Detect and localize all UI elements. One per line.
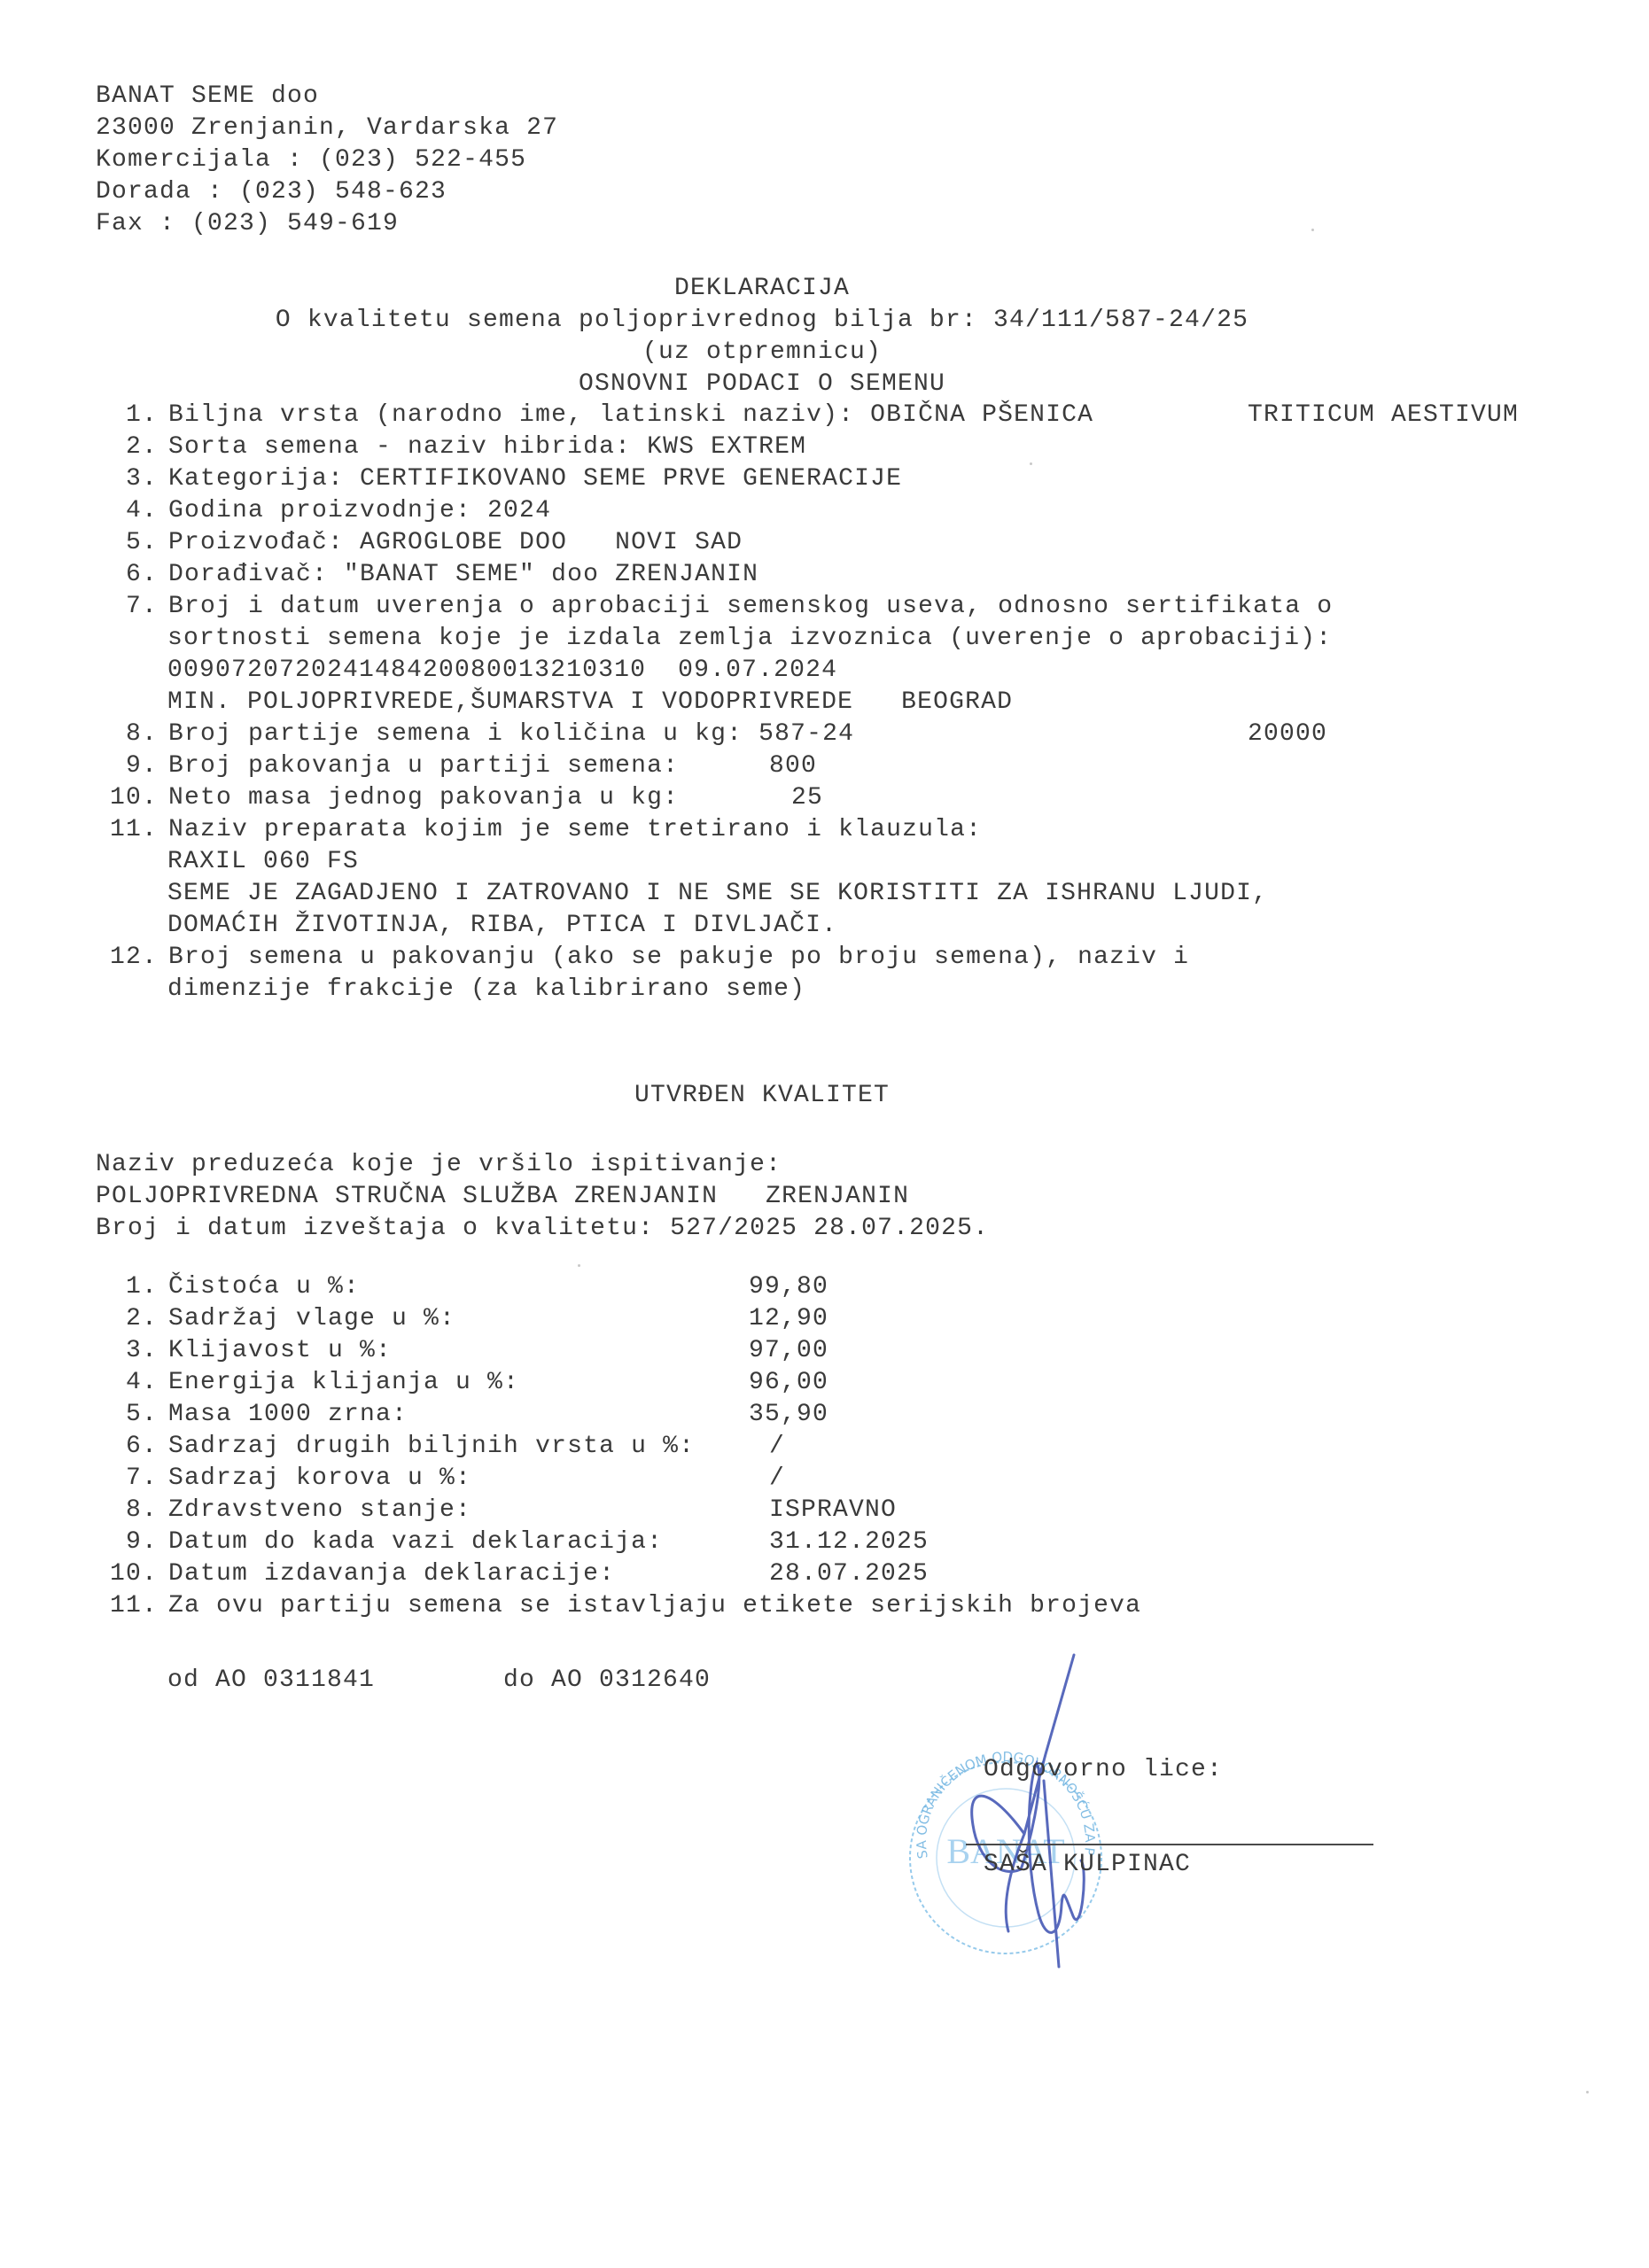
quality-label: Sadržaj vlage u %: xyxy=(168,1305,455,1332)
quality-item: 9.Datum do kada vazi deklaracija: xyxy=(89,1527,663,1557)
quality-item: 8.Zdravstveno stanje: xyxy=(89,1495,471,1526)
signature-line xyxy=(966,1844,1373,1845)
quality-label: Klijavost u %: xyxy=(168,1337,392,1364)
item-text: Biljna vrsta (narodno ime, latinski nazi… xyxy=(168,401,1093,429)
item-number: 9. xyxy=(89,751,158,781)
item-text: Broj partije semena i količina u kg: 587… xyxy=(168,720,854,748)
item-number: 10. xyxy=(89,783,158,813)
section-basic-data-title: OSNOVNI PODACI O SEMENU xyxy=(0,369,1524,400)
item-number: 8. xyxy=(89,719,158,750)
item-number: 6. xyxy=(89,560,158,590)
item-text: Sorta semena - naziv hibrida: KWS EXTREM xyxy=(168,433,806,461)
quality-label: Sadrzaj korova u %: xyxy=(168,1464,471,1492)
scan-speck xyxy=(1030,462,1032,465)
basic-data-item: 1.Biljna vrsta (narodno ime, latinski na… xyxy=(89,400,1093,431)
basic-data-item: 4.Godina proizvodnje: 2024 xyxy=(89,496,551,526)
signature-scribble-icon xyxy=(939,1648,1170,1984)
item-number: 3. xyxy=(89,464,158,494)
item-number: 9. xyxy=(89,1527,158,1557)
item-continuation: SEME JE ZAGADJENO I ZATROVANO I NE SME S… xyxy=(167,879,1268,909)
item-text: Kategorija: CERTIFIKOVANO SEME PRVE GENE… xyxy=(168,465,902,493)
basic-data-item: 8.Broj partije semena i količina u kg: 5… xyxy=(89,719,854,750)
basic-data-item: 6.Dorađivač: "BANAT SEME" doo ZRENJANIN xyxy=(89,560,758,590)
basic-data-item: 12.Broj semena u pakovanju (ako se pakuj… xyxy=(89,943,1189,973)
quality-label: Masa 1000 zrna: xyxy=(168,1401,408,1428)
item-text: Dorađivač: "BANAT SEME" doo ZRENJANIN xyxy=(168,561,758,588)
quality-label: Datum do kada vazi deklaracija: xyxy=(168,1528,663,1556)
quality-value: 97,00 xyxy=(749,1336,828,1366)
item-number: 5. xyxy=(89,1400,158,1430)
quality-item: 5.Masa 1000 zrna: xyxy=(89,1400,408,1430)
item-continuation: 009072072024148420080013210310 09.07.202… xyxy=(167,656,837,686)
company-address: 23000 Zrenjanin, Vardarska 27 xyxy=(96,113,558,144)
quality-item: 7.Sadrzaj korova u %: xyxy=(89,1464,471,1494)
item-number: 2. xyxy=(89,432,158,462)
section-quality-title: UTVRĐEN KVALITET xyxy=(0,1081,1524,1111)
signatory-label: Odgovorno lice: xyxy=(984,1755,1223,1785)
item-number: 11. xyxy=(89,1591,158,1621)
item-value: 800 xyxy=(769,751,817,781)
item-number: 7. xyxy=(89,1464,158,1494)
item-number: 4. xyxy=(89,496,158,526)
item-number: 5. xyxy=(89,528,158,558)
item-continuation: RAXIL 060 FS xyxy=(167,847,359,877)
item-number: 1. xyxy=(89,1272,158,1302)
quality-label: Datum izdavanja deklaracije: xyxy=(168,1560,615,1588)
basic-data-item: 10.Neto masa jednog pakovanja u kg: xyxy=(89,783,679,813)
quality-label: Čistoća u %: xyxy=(168,1273,360,1301)
quality-item: 10.Datum izdavanja deklaracije: xyxy=(89,1559,615,1589)
tester-name: POLJOPRIVREDNA STRUČNA SLUŽBA ZRENJANIN … xyxy=(96,1182,909,1212)
item-number: 11. xyxy=(89,815,158,845)
basic-data-item: 7.Broj i datum uverenja o aprobaciji sem… xyxy=(89,592,1333,622)
quality-item: 2.Sadržaj vlage u %: xyxy=(89,1304,455,1334)
document-subtitle: O kvalitetu semena poljoprivrednog bilja… xyxy=(0,306,1524,336)
quality-item: 3.Klijavost u %: xyxy=(89,1336,392,1366)
item-number: 4. xyxy=(89,1368,158,1398)
quality-item: 6.Sadrzaj drugih biljnih vrsta u %: xyxy=(89,1432,695,1462)
item-text: Broj pakovanja u partiji semena: xyxy=(168,752,679,780)
document-note: (uz otpremnicu) xyxy=(0,338,1524,368)
company-name: BANAT SEME doo xyxy=(96,82,319,112)
tester-label: Naziv preduzeća koje je vršilo ispitivan… xyxy=(96,1150,782,1180)
item-continuation: sortnosti semena koje je izdala zemlja i… xyxy=(167,624,1332,654)
quality-label: Energija klijanja u %: xyxy=(168,1369,519,1396)
item-number: 1. xyxy=(89,400,158,431)
scan-speck xyxy=(1311,229,1314,231)
signatory-name: SAŠA KULPINAC xyxy=(984,1850,1191,1880)
quality-report: Broj i datum izveštaja o kvalitetu: 527/… xyxy=(96,1214,989,1244)
quality-value: 28.07.2025 xyxy=(769,1559,929,1589)
quality-value: / xyxy=(769,1464,785,1494)
scan-speck xyxy=(1586,2091,1589,2093)
quality-value: 96,00 xyxy=(749,1368,828,1398)
quality-item: 4.Energija klijanja u %: xyxy=(89,1368,519,1398)
item-value: 20000 xyxy=(1248,719,1327,750)
item-number: 10. xyxy=(89,1559,158,1589)
item-text: Neto masa jednog pakovanja u kg: xyxy=(168,784,679,812)
serial-from: od AO 0311841 xyxy=(167,1666,375,1696)
basic-data-item: 5.Proizvođač: AGROGLOBE DOO NOVI SAD xyxy=(89,528,743,558)
item-number: 8. xyxy=(89,1495,158,1526)
quality-label: Sadrzaj drugih biljnih vrsta u %: xyxy=(168,1433,695,1460)
phone-commercial: Komercijala : (023) 522-455 xyxy=(96,145,526,175)
item-text: Naziv preparata kojim je seme tretirano … xyxy=(168,816,982,843)
basic-data-item: 9.Broj pakovanja u partiji semena: xyxy=(89,751,679,781)
quality-value: 99,80 xyxy=(749,1272,828,1302)
basic-data-item: 11.Naziv preparata kojim je seme tretira… xyxy=(89,815,982,845)
basic-data-item: 3.Kategorija: CERTIFIKOVANO SEME PRVE GE… xyxy=(89,464,902,494)
item-continuation: DOMAĆIH ŽIVOTINJA, RIBA, PTICA I DIVLJAČ… xyxy=(167,911,837,941)
item-text: Proizvođač: AGROGLOBE DOO NOVI SAD xyxy=(168,529,743,556)
quality-label: Zdravstveno stanje: xyxy=(168,1496,471,1524)
quality-value: 35,90 xyxy=(749,1400,828,1430)
quality-item: 1.Čistoća u %: xyxy=(89,1272,360,1302)
item-number: 6. xyxy=(89,1432,158,1462)
item-number: 2. xyxy=(89,1304,158,1334)
item-text: Broj semena u pakovanju (ako se pakuje p… xyxy=(168,944,1189,971)
document-title: DEKLARACIJA xyxy=(0,274,1524,304)
quality-item: 11.Za ovu partiju semena se istavljaju e… xyxy=(89,1591,1141,1621)
item-number: 12. xyxy=(89,943,158,973)
basic-data-item: 2.Sorta semena - naziv hibrida: KWS EXTR… xyxy=(89,432,806,462)
serial-to: do AO 0312640 xyxy=(503,1666,711,1696)
item-number: 7. xyxy=(89,592,158,622)
item-number: 3. xyxy=(89,1336,158,1366)
scan-speck xyxy=(578,1264,580,1267)
quality-value: / xyxy=(769,1432,785,1462)
phone-processing: Dorada : (023) 548-623 xyxy=(96,177,447,207)
quality-value: 31.12.2025 xyxy=(769,1527,929,1557)
item-value: 25 xyxy=(791,783,823,813)
item-continuation: MIN. POLJOPRIVREDE,ŠUMARSTVA I VODOPRIVR… xyxy=(167,687,1013,718)
quality-value: 12,90 xyxy=(749,1304,828,1334)
item-text: Broj i datum uverenja o aprobaciji semen… xyxy=(168,593,1333,620)
item-continuation: dimenzije frakcije (za kalibrirano seme) xyxy=(167,975,805,1005)
fax-number: Fax : (023) 549-619 xyxy=(96,209,399,239)
item-text: Godina proizvodnje: 2024 xyxy=(168,497,551,524)
item-value: TRITICUM AESTIVUM xyxy=(1248,400,1519,431)
quality-value: ISPRAVNO xyxy=(769,1495,897,1526)
quality-label: Za ovu partiju semena se istavljaju etik… xyxy=(168,1592,1141,1619)
